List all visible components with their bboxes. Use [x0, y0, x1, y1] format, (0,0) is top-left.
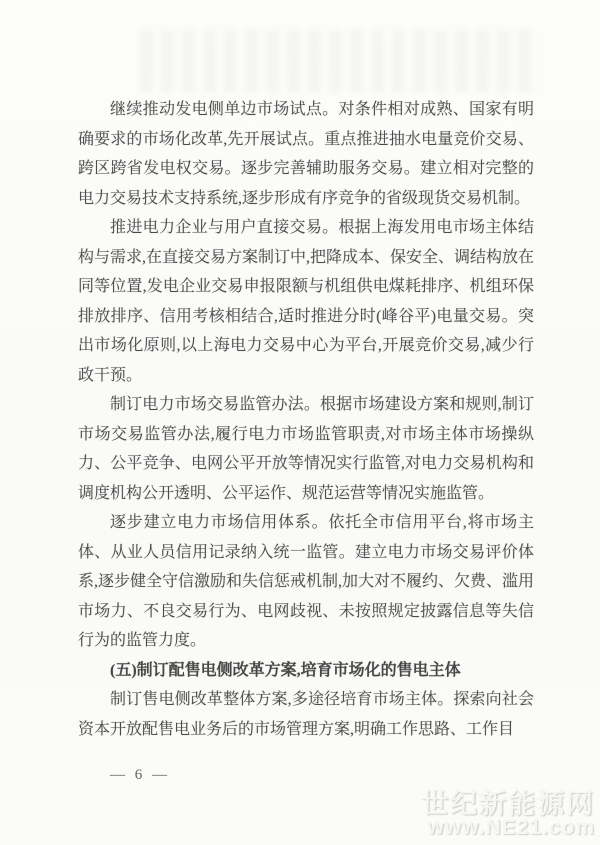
paragraph-credit-system: 逐步建立电力市场信用体系。依托全市信用平台,将市场主体、从业人员信用记录纳入统一… [78, 508, 534, 656]
page-number: — 6 — [110, 767, 170, 783]
paragraph-market-supervision-measures: 制订电力市场交易监管办法。根据市场建设方案和规则,制订市场交易监管办法,履行电力… [78, 390, 534, 508]
section-heading-5: (五)制订配售电侧改革方案,培育市场化的售电主体 [78, 656, 534, 686]
watermark: 世纪新能源网 www.NE21.com [421, 790, 595, 839]
scan-bleed-artifact [140, 30, 540, 92]
watermark-site-name: 世纪新能源网 [421, 790, 595, 818]
paragraph-generation-side-pilot: 继续推动发电侧单边市场试点。对条件相对成熟、国家有明确要求的市场化改革,先开展试… [78, 95, 534, 213]
paragraph-retail-side-reform: 制订售电侧改革整体方案,多途径培育市场主体。探索向社会资本开放配售电业务后的市场… [78, 685, 534, 744]
page-footer: — 6 — [83, 750, 170, 801]
watermark-site-url: www.NE21.com [421, 817, 595, 839]
paragraph-direct-trading: 推进电力企业与用户直接交易。根据上海发用电市场主体结构与需求,在直接交易方案制订… [78, 213, 534, 390]
document-page: 继续推动发电侧单边市场试点。对条件相对成熟、国家有明确要求的市场化改革,先开展试… [0, 0, 600, 845]
document-text-block: 继续推动发电侧单边市场试点。对条件相对成熟、国家有明确要求的市场化改革,先开展试… [78, 95, 534, 744]
